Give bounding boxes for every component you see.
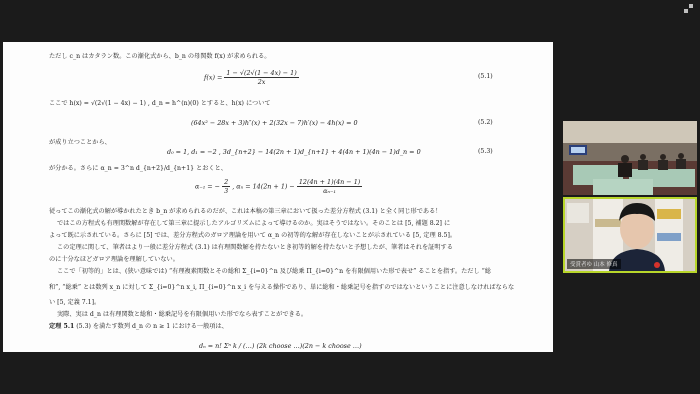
equation-5-3: d₀ = 1, d₁ = −2 , 3d_{n+2} − 14(2n + 1)d… xyxy=(167,148,421,156)
eq-lhs: α₋₁ = − xyxy=(195,183,220,191)
eq-mid: , αₙ = 14(2n + 1) − xyxy=(232,183,295,191)
fraction: 2 3 xyxy=(222,178,230,195)
equation-5-1: f(x) = 1 − √(2√(1 − 4x) − 1) 2x (5.1) xyxy=(204,69,299,86)
video-tile-active-speaker[interactable]: 受賞者ゆ 山本 修真 xyxy=(563,197,697,273)
equation-fragment: i=0 xyxy=(265,42,272,43)
text-line: 実際、実は d_n は有理関数と総和・総乗記号を有限個用いた形でなら表すことがで… xyxy=(49,311,307,319)
text-line: が分かる。さらに α_n = 3^n d_{n+2}/d_{n+1} とおくと、 xyxy=(49,165,227,173)
theorem-line: 定理 5.1 (5.3) を満たす数列 d_n の n ≥ 1 における一般項は… xyxy=(49,323,228,331)
text-line: この定理に関して、筆者はより一般に差分方程式 (3.1) は有理関数解を持たない… xyxy=(49,244,453,252)
video-tile-conference-hall[interactable] xyxy=(563,121,697,195)
eq-body: (64x² − 28x + 3)h″(x) + 2(32x − 7)h′(x) … xyxy=(191,119,358,127)
denominator: αₙ₋₁ xyxy=(297,187,362,195)
theorem-label: 定理 5.1 xyxy=(49,323,74,330)
numerator: 12(4n + 1)(4n − 1) xyxy=(297,178,362,187)
exit-fullscreen-icon[interactable] xyxy=(684,4,694,14)
text-line: が成り立つことから、 xyxy=(49,139,111,147)
equation-5-2: (64x² − 28x + 3)h″(x) + 2(32x − 7)h′(x) … xyxy=(191,119,358,127)
text-line: ではこの方程式も有理関数解が存在して第三章に提示したアルゴリズムによって導けるの… xyxy=(49,220,450,228)
eq-body: dₙ = n! Σⁿ k / (…) (2k choose …)(2n − k … xyxy=(199,342,362,350)
shared-screen: i=0 ただし c_n はカタラン数。この漸化式から、b_n の母関数 f(x)… xyxy=(3,42,553,352)
eq-body: d₀ = 1, d₁ = −2 , 3d_{n+2} − 14(2n + 1)d… xyxy=(167,148,421,156)
eq-lhs: f(x) = xyxy=(204,74,222,82)
denominator: 2x xyxy=(224,78,298,86)
equation-alpha: α₋₁ = − 2 3 , αₙ = 14(2n + 1) − 12(4n + … xyxy=(195,178,362,195)
text-line: よって既に示されている。さらに [5] では、差分方程式のガロア理論を用いて α… xyxy=(49,232,456,240)
fraction: 1 − √(2√(1 − 4x) − 1) 2x xyxy=(224,69,298,86)
numerator: 2 xyxy=(222,178,230,187)
numerator: 1 − √(2√(1 − 4x) − 1) xyxy=(224,69,298,78)
equation-dn: dₙ = n! Σⁿ k / (…) (2k choose …)(2n − k … xyxy=(199,342,362,350)
equation-number: (5.3) xyxy=(478,148,487,156)
denominator: 3 xyxy=(222,187,230,195)
participant-name-label: 受賞者ゆ 山本 修真 xyxy=(567,259,621,269)
conference-hall-image xyxy=(563,121,697,195)
text-line: ここで h(x) = √(2√(1 − 4x) − 1) , d_n = h^(… xyxy=(49,100,271,108)
text-line: い [5, 定義 7.1]。 xyxy=(49,299,100,307)
fraction: 12(4n + 1)(4n − 1) αₙ₋₁ xyxy=(297,178,362,195)
text-line: 従ってこの漸化式の解が導かれたとき b_n が求められるのだが、これは本稿の第三… xyxy=(49,208,441,216)
text-line: のに十分なほどガロア理論を理解していない。 xyxy=(49,256,179,264)
theorem-text: (5.3) を満たす数列 d_n の n ≥ 1 における一般項は、 xyxy=(76,323,228,330)
text-line: ただし c_n はカタラン数。この漸化式から、b_n の母関数 f(x) が求め… xyxy=(49,53,270,61)
text-line: 和”, “総乗” とは数列 x_n に対して Σ_{i=0}^n x_i, Π_… xyxy=(49,284,514,292)
text-line: ここで「初等的」とは、(狭い意味では) “有理複素関数とその総和 Σ_{i=0}… xyxy=(49,268,491,276)
